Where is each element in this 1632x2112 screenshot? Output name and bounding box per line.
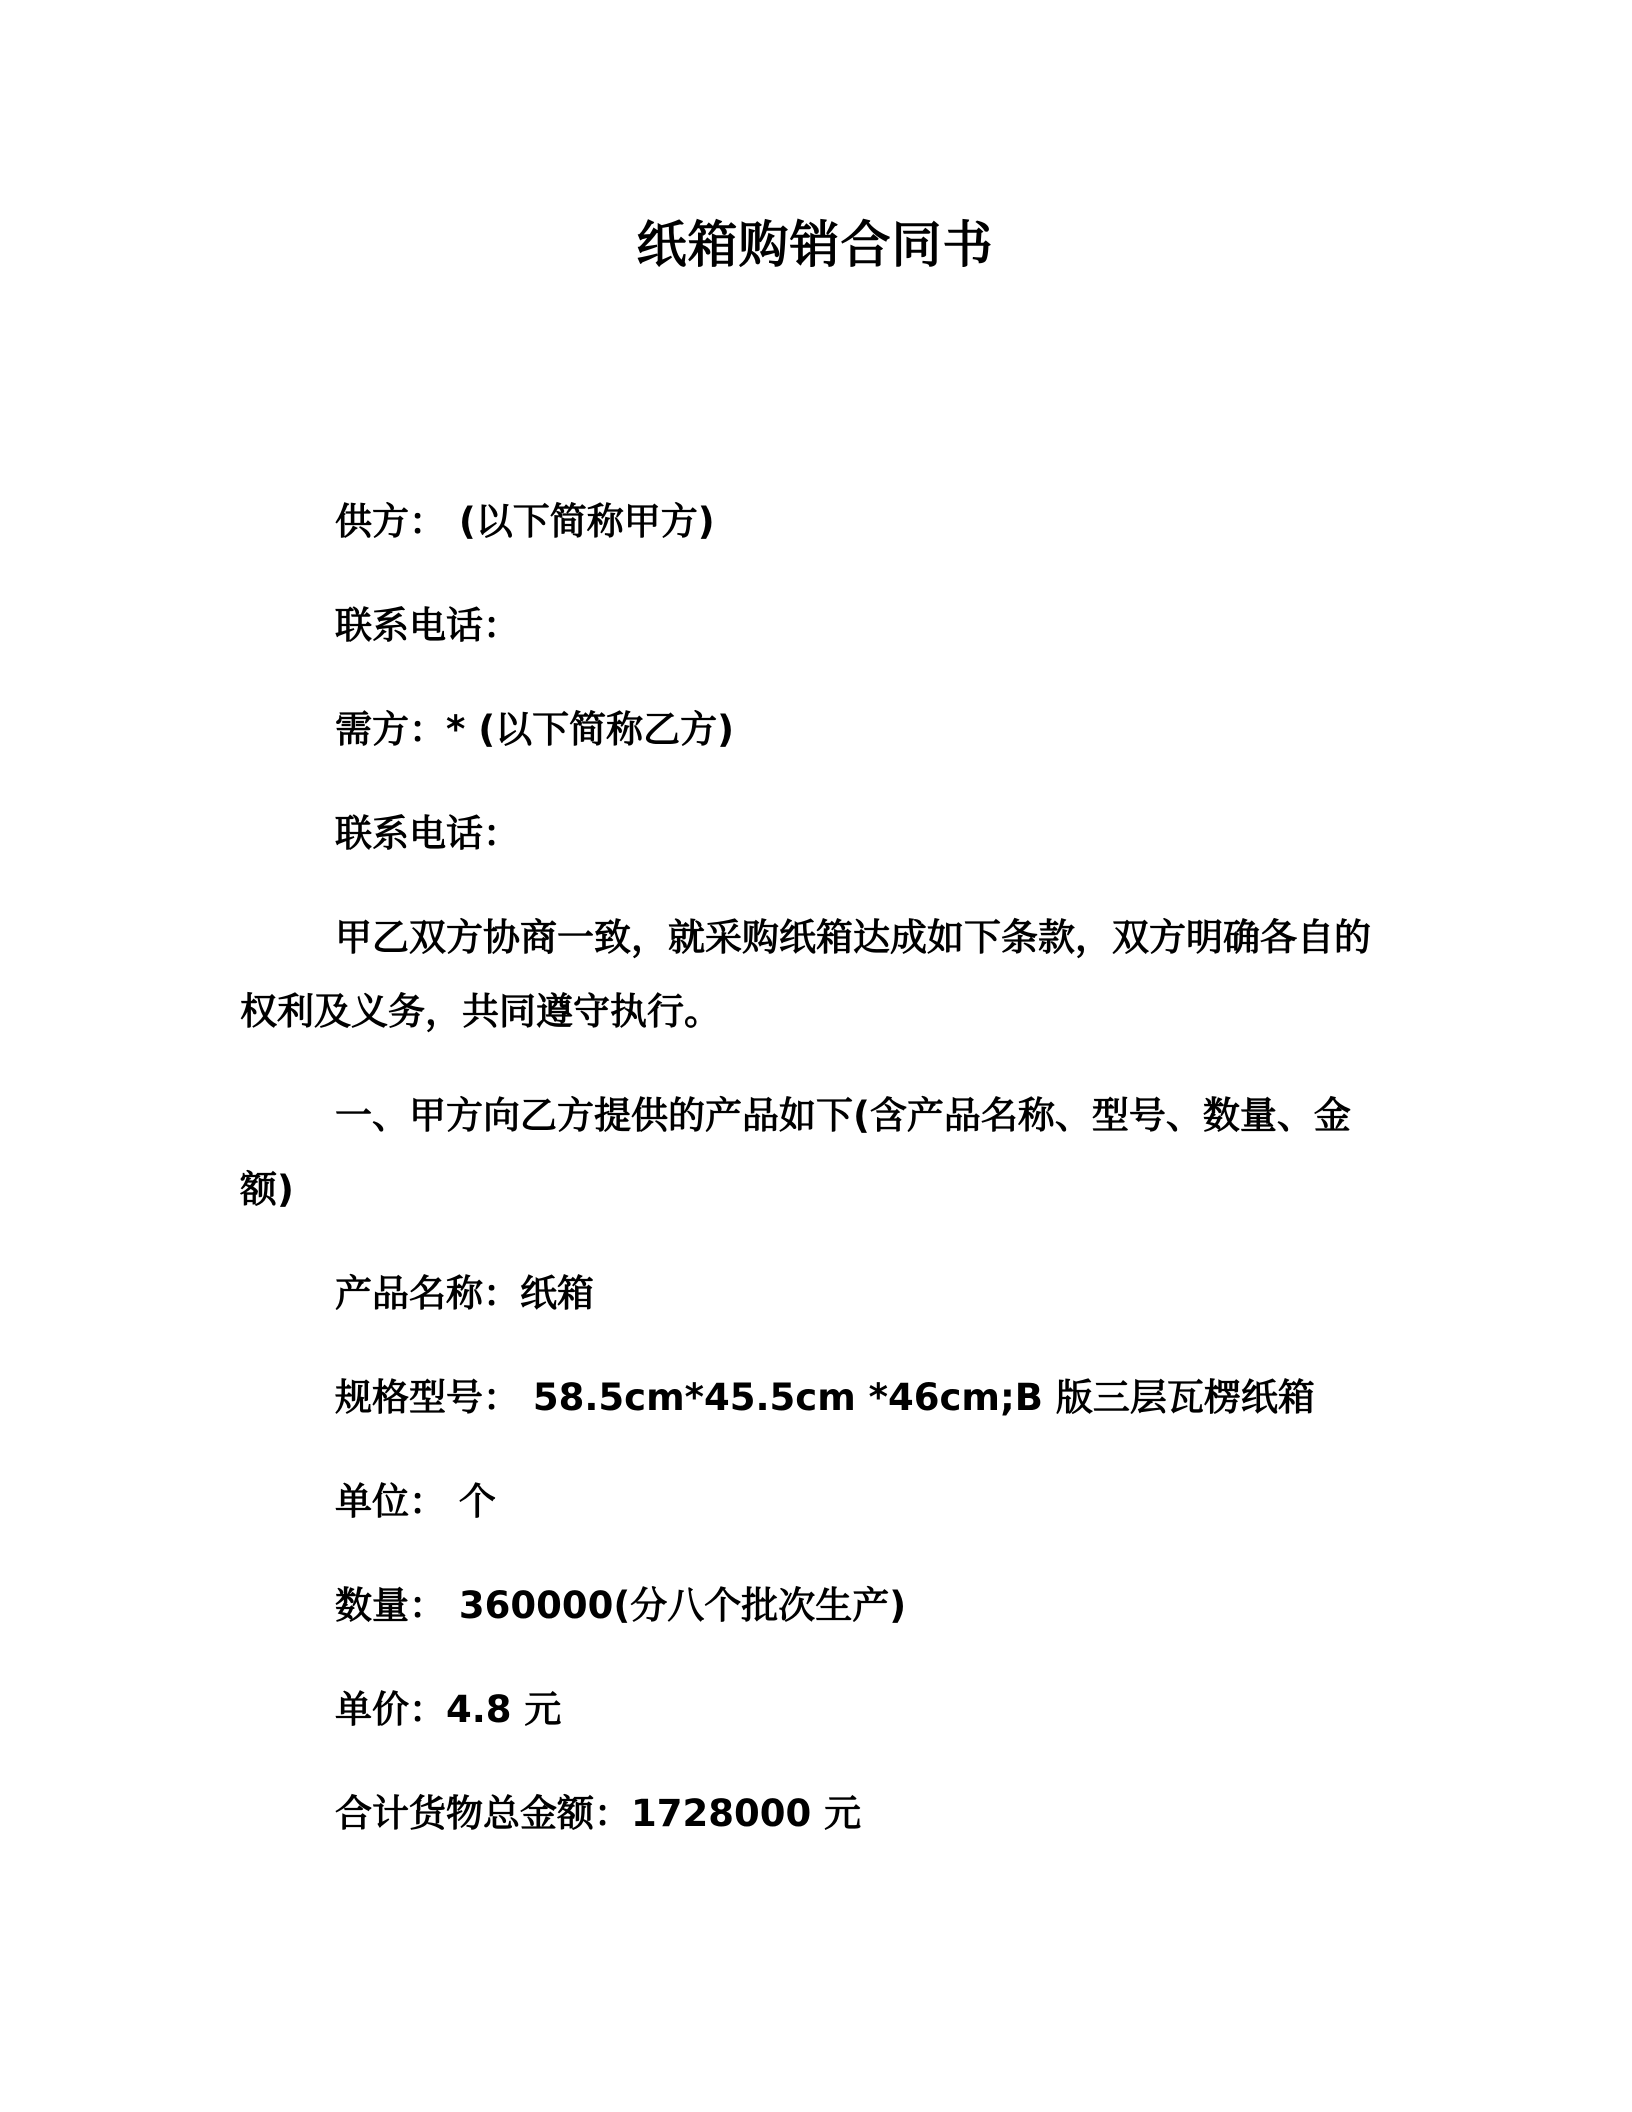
paragraph: 联系电话： <box>240 797 1390 871</box>
paragraph: 供方： (以下简称甲方) <box>240 485 1390 559</box>
paragraph: 联系电话： <box>240 589 1390 663</box>
document-title: 纸箱购销合同书 <box>240 210 1390 280</box>
paragraph: 合计货物总金额：1728000 元 <box>240 1777 1390 1851</box>
paragraph: 单价：4.8 元 <box>240 1673 1390 1747</box>
contract-document-page: 纸箱购销合同书 供方： (以下简称甲方)联系电话：需方：* (以下简称乙方)联系… <box>0 0 1632 2112</box>
paragraph: 需方：* (以下简称乙方) <box>240 693 1390 767</box>
paragraph: 甲乙双方协商一致，就采购纸箱达成如下条款，双方明确各自的权利及义务，共同遵守执行… <box>240 901 1390 1049</box>
paragraph: 数量： 360000(分八个批次生产) <box>240 1569 1390 1643</box>
paragraph: 产品名称：纸箱 <box>240 1257 1390 1331</box>
document-body: 供方： (以下简称甲方)联系电话：需方：* (以下简称乙方)联系电话：甲乙双方协… <box>240 485 1390 1851</box>
paragraph: 一、甲方向乙方提供的产品如下(含产品名称、型号、数量、金额) <box>240 1079 1390 1227</box>
paragraph: 单位： 个 <box>240 1465 1390 1539</box>
paragraph: 规格型号： 58.5cm*45.5cm *46cm;B 版三层瓦楞纸箱 <box>240 1361 1390 1435</box>
